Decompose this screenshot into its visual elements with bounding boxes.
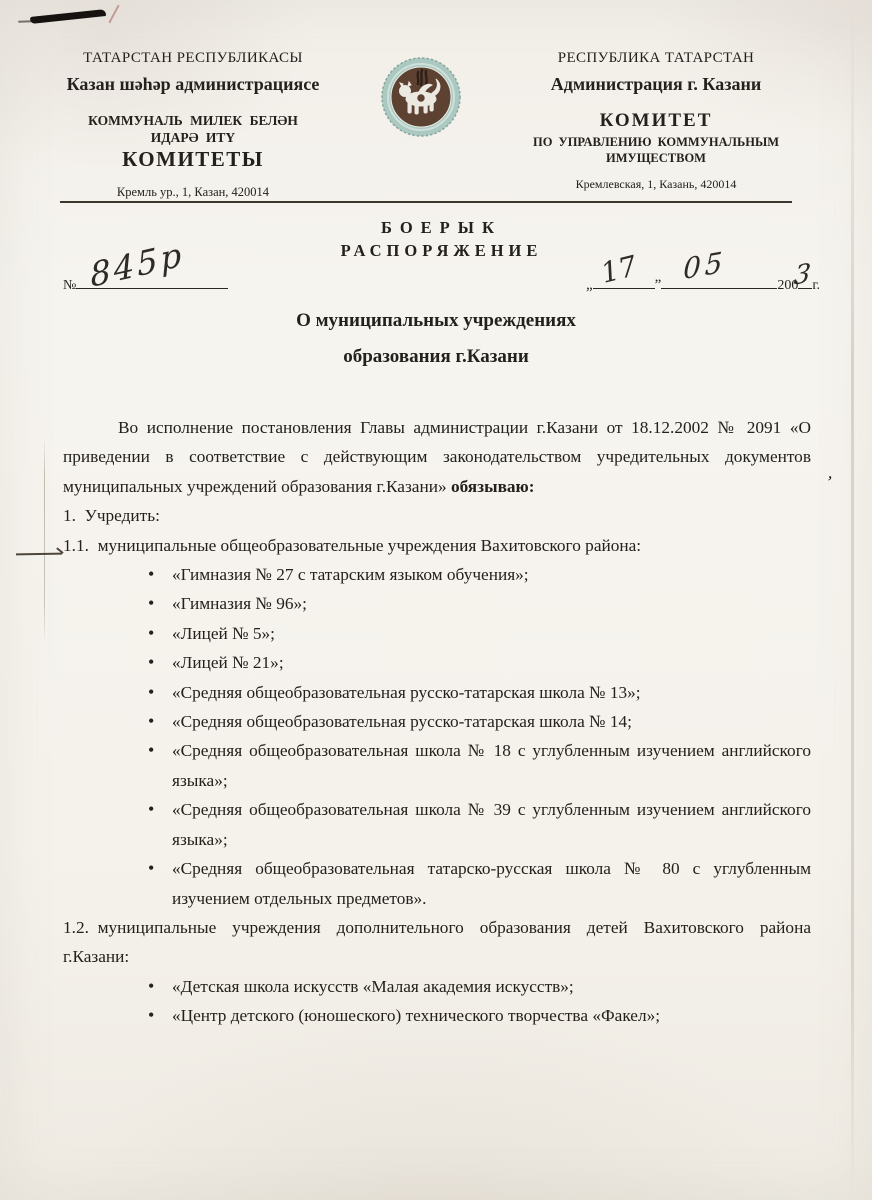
document-title-line1: О муниципальных учреждениях: [0, 303, 872, 339]
list-item: «Средняя общеобразовательная русско-тата…: [147, 678, 811, 707]
document-stamp-row: БОЕРЫК РАСПОРЯЖЕНИЕ № 845р „17”052003г.: [63, 216, 820, 298]
committee-dept-russian-line2: ИМУЩЕСТВОМ: [484, 150, 828, 166]
ink-mark-left-edge: [16, 553, 62, 556]
letterhead-tatar-column: ТАТАРСТАН РЕСПУБЛИКАСЫ Казан шәһәр админ…: [0, 50, 358, 200]
committee-dept-tatar-line1: КОММУНАЛЬ МИЛЕК БЕЛӘН: [28, 112, 358, 129]
letterhead-emblem-area: [358, 50, 484, 200]
date-month-blank: 05: [661, 274, 777, 289]
tatarstan-winged-leopard-seal-icon: [379, 54, 463, 138]
administration-name-russian: Администрация г. Казани: [484, 74, 828, 95]
republic-name-russian: РЕСПУБЛИКА ТАТАРСТАН: [484, 50, 828, 67]
paper-crease-left: [44, 436, 45, 644]
date-year-suffix: г.: [812, 278, 820, 293]
republic-name-tatar: ТАТАРСТАН РЕСПУБЛИКАСЫ: [28, 50, 358, 67]
committee-dept-tatar-line2: ИДАРӘ ИТҮ: [28, 129, 358, 146]
list-item: «Детская школа искусств «Малая академия …: [147, 972, 811, 1001]
document-body: Во исполнение постановления Главы админи…: [63, 413, 811, 1031]
document-number-block: № 845р: [63, 274, 228, 294]
ink-mark-top-left: [30, 9, 106, 24]
handwritten-month: 05: [683, 245, 727, 286]
letterhead-russian-column: РЕСПУБЛИКА ТАТАРСТАН Администрация г. Ка…: [484, 50, 828, 200]
address-russian: Кремлевская, 1, Казань, 420014: [484, 177, 828, 192]
list-item: «Средняя общеобразовательная русско-тата…: [147, 707, 811, 736]
list-item: «Средняя общеобразовательная школа № 18 …: [147, 736, 811, 795]
list-item: «Лицей № 5»;: [147, 619, 811, 648]
committee-name-russian: КОМИТЕТ: [484, 109, 828, 133]
handwritten-day: 17: [597, 249, 640, 290]
administration-name-tatar: Казан шәһәр администрациясе: [28, 74, 358, 95]
intro-paragraph: Во исполнение постановления Главы админи…: [63, 413, 811, 501]
document-title: О муниципальных учреждениях образования …: [0, 303, 872, 375]
school-list-vakhitovsky: «Гимназия № 27 с татарским языком обучен…: [147, 560, 811, 913]
ink-tick-right: ’: [824, 472, 834, 494]
intro-bold-word: обязываю:: [451, 477, 535, 496]
date-day-blank: 17: [593, 274, 655, 289]
list-item: «Лицей № 21»;: [147, 648, 811, 677]
letterhead-separator-rule: [60, 201, 792, 203]
letterhead: ТАТАРСТАН РЕСПУБЛИКАСЫ Казан шәһәр админ…: [0, 50, 872, 200]
committee-dept-russian-line1: ПО УПРАВЛЕНИЮ КОММУНАЛЬНЫМ: [484, 134, 828, 150]
extra-education-list: «Детская школа искусств «Малая академия …: [147, 972, 811, 1031]
ink-slash-top: [108, 5, 119, 24]
point-1-1: 1.1. муниципальные общеобразовательные у…: [63, 531, 811, 560]
document-title-line2: образования г.Казани: [0, 339, 872, 375]
list-item: «Центр детского (юношеского) техническог…: [147, 1001, 811, 1030]
list-item: «Средняя общеобразовательная татарско-ру…: [147, 854, 811, 913]
list-item: «Гимназия № 96»;: [147, 589, 811, 618]
address-tatar: Кремль ур., 1, Казан, 420014: [28, 185, 358, 200]
document-date-block: „17”052003г.: [586, 274, 820, 294]
date-year-blank: 3: [798, 274, 812, 289]
point-1: 1. Учредить:: [63, 501, 811, 530]
number-label: №: [63, 278, 76, 293]
intro-text: Во исполнение постановления Главы админи…: [63, 418, 811, 496]
handwritten-year-digit: 3: [793, 258, 813, 291]
date-open-quote: „: [586, 277, 593, 293]
scanned-document-page: ’ ТАТАРСТАН РЕСПУБЛИКАСЫ Казан шәһәр адм…: [0, 0, 872, 1200]
committee-name-tatar: КОМИТЕТЫ: [28, 146, 358, 172]
list-item: «Гимназия № 27 с татарским языком обучен…: [147, 560, 811, 589]
list-item: «Средняя общеобразовательная школа № 39 …: [147, 795, 811, 854]
date-close-quote: ”: [655, 277, 662, 293]
point-1-2: 1.2. муниципальные учреждения дополнител…: [63, 913, 811, 972]
